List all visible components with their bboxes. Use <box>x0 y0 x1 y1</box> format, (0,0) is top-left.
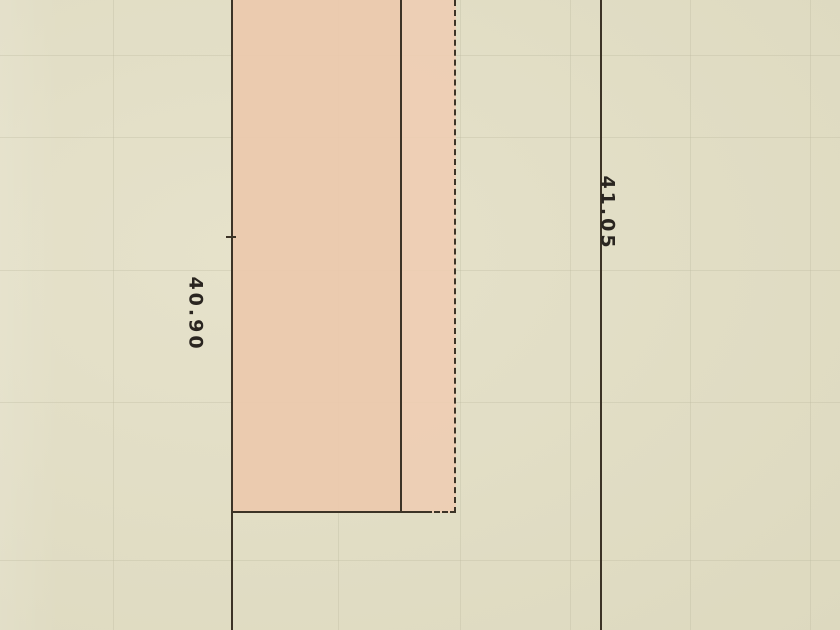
right-dimension-label: 41.05 <box>597 175 619 250</box>
inner-boundary-line <box>400 0 402 513</box>
tick-mark <box>226 236 236 238</box>
shaded-parcel-strip <box>402 0 456 513</box>
right-boundary-line <box>600 0 602 630</box>
shaded-parcel-main <box>232 0 401 513</box>
grid-line <box>570 0 571 630</box>
left-dimension-label: 40.90 <box>185 276 207 351</box>
grid-line <box>113 0 114 630</box>
grid-line <box>0 560 840 561</box>
left-boundary-line <box>231 0 233 630</box>
grid-line <box>690 0 691 630</box>
dashed-boundary-line <box>454 0 456 513</box>
bottom-boundary-line <box>231 511 426 513</box>
grid-line <box>460 0 461 630</box>
bottom-dashed-line <box>426 511 456 513</box>
grid-line <box>810 0 811 630</box>
